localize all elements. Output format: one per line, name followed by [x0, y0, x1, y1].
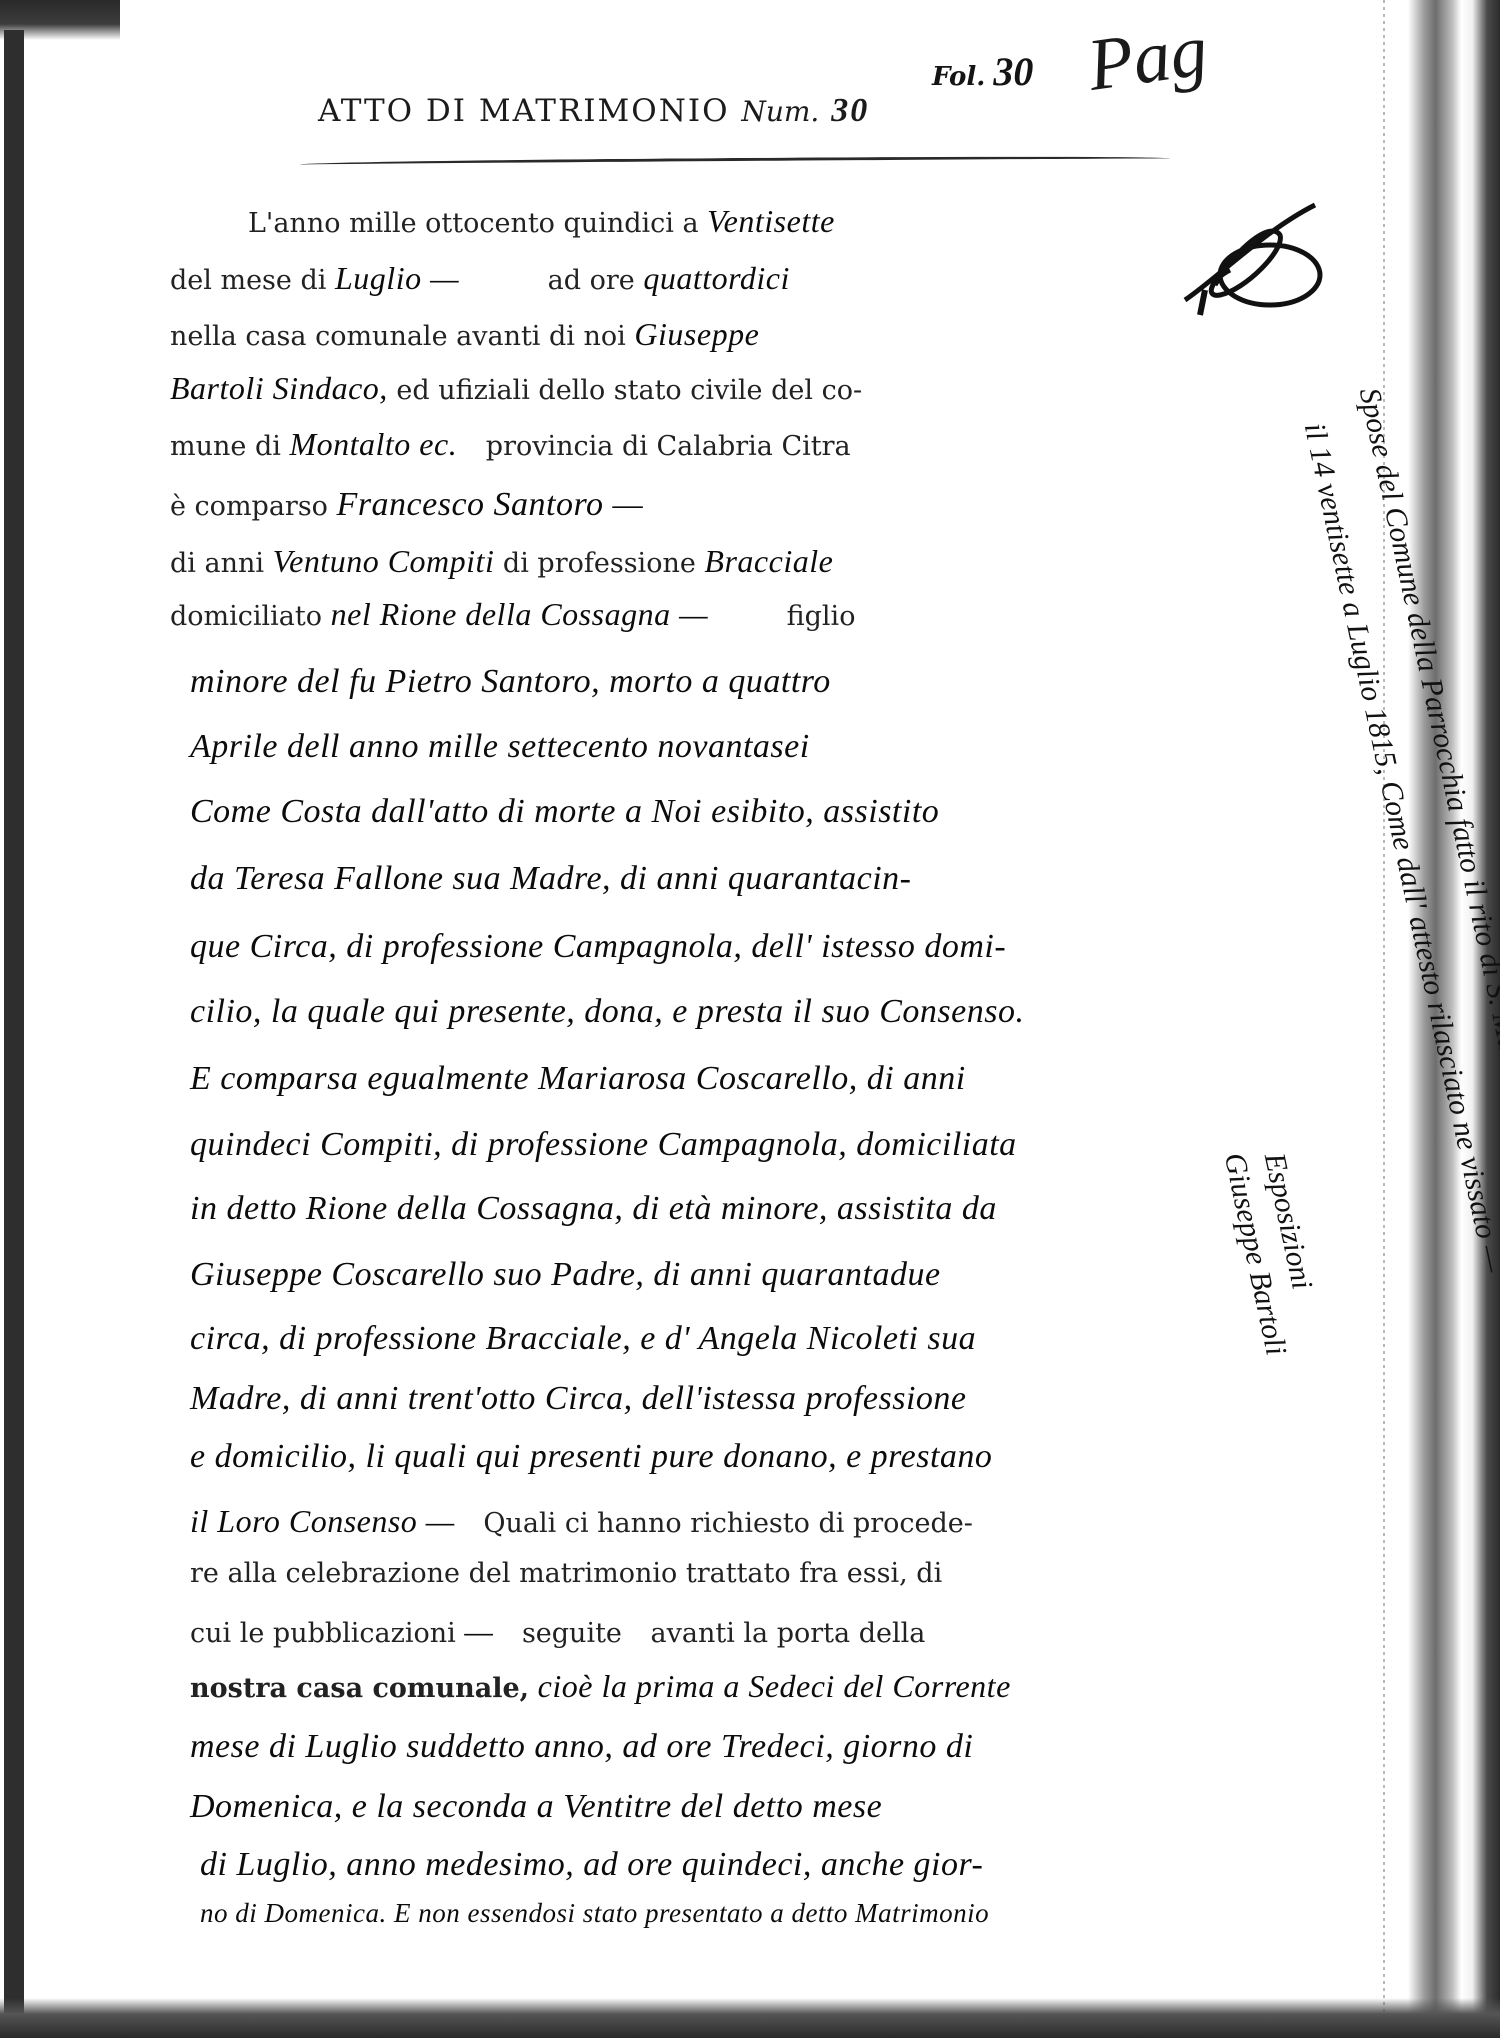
text-line-5: mune di Montalto ec. provincia di Calabr…	[170, 428, 851, 460]
text-line-28: di Luglio, anno medesimo, ad ore quindec…	[200, 1848, 983, 1882]
text-line-22: il Loro Consenso — Quali ci hanno richie…	[190, 1505, 973, 1537]
text-line-7: di anni Ventuno Compiti di professione B…	[170, 545, 833, 577]
text-line-27: Domenica, e la seconda a Ventitre del de…	[190, 1790, 882, 1824]
text-line-25: nostra casa comunale, cioè la prima a Se…	[190, 1670, 1011, 1702]
text-line-8: domiciliato nel Rione della Cossagna — f…	[170, 598, 855, 630]
text-line-29: no di Domenica. E non essendosi stato pr…	[200, 1900, 989, 1927]
text-line-12: da Teresa Fallone sua Madre, di anni qua…	[190, 862, 911, 896]
title-divider	[300, 155, 1170, 168]
text-line-26: mese di Luglio suddetto anno, ad ore Tre…	[190, 1730, 973, 1764]
text-line-13: que Circa, di professione Campagnola, de…	[190, 930, 1006, 964]
text-line-3: nella casa comunale avanti di noi Giusep…	[170, 318, 759, 350]
text-line-24: cui le pubblicazioni — seguite avanti la…	[190, 1615, 925, 1647]
record-title: ATTO DI MATRIMONIO Num. 30	[318, 92, 869, 130]
folio-marker: Fol.30	[932, 48, 1033, 95]
record-number: 30	[831, 92, 869, 129]
text-line-1: L'anno mille ottocento quindici a Ventis…	[248, 205, 835, 237]
page-fold-line	[1383, 0, 1385, 2038]
text-line-11: Come Costa dall'atto di morte a Noi esib…	[190, 795, 939, 829]
folio-number: 30	[993, 49, 1033, 94]
text-line-14: cilio, la quale qui presente, dona, e pr…	[190, 995, 1024, 1029]
title-text: ATTO DI MATRIMONIO	[318, 93, 729, 129]
folio-label: Fol.	[932, 62, 985, 92]
text-line-10: Aprile dell anno mille settecento novant…	[190, 730, 810, 764]
text-line-2: del mese di Luglio — ad ore quattordici	[170, 262, 790, 294]
text-line-9: minore del fu Pietro Santoro, morto a qu…	[190, 665, 831, 699]
text-line-21: e domicilio, li quali qui presenti pure …	[190, 1440, 992, 1474]
scan-edge-left	[4, 30, 24, 2038]
page-corner-mark: Pag	[1083, 8, 1213, 109]
text-line-20: Madre, di anni trent'otto Circa, dell'is…	[190, 1382, 967, 1416]
number-label: Num.	[741, 95, 819, 128]
text-line-19: circa, di professione Bracciale, e d' An…	[190, 1322, 976, 1356]
text-line-18: Giuseppe Coscarello suo Padre, di anni q…	[190, 1258, 941, 1292]
text-line-16: quindeci Compiti, di professione Campagn…	[190, 1128, 1017, 1162]
text-line-23: re alla celebrazione del matrimonio trat…	[190, 1560, 942, 1587]
text-line-17: in detto Rione della Cossagna, di età mi…	[190, 1192, 997, 1226]
text-line-6: è comparso Francesco Santoro —	[170, 488, 643, 522]
text-line-15: E comparsa egualmente Mariarosa Coscarel…	[190, 1062, 966, 1096]
scan-shadow-bottom	[0, 1998, 1500, 2038]
paraph-flourish-icon	[1175, 190, 1325, 320]
text-line-4: Bartoli Sindaco, ed ufiziali dello stato…	[170, 372, 862, 404]
